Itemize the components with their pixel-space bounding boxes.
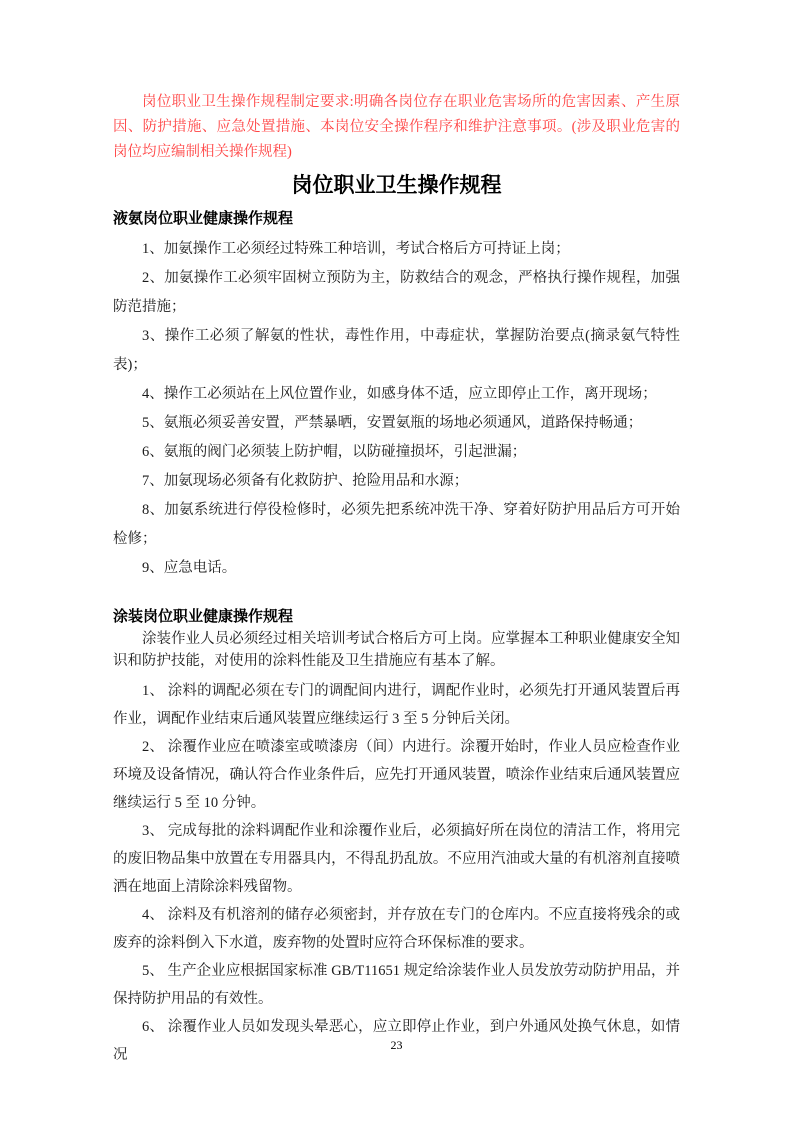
list-item: 9、应急电话。 [113, 554, 680, 583]
list-item: 4、 涂料及有机溶剂的储存必须密封，并存放在专门的仓库内。不应直接将残余的或废弃… [113, 901, 680, 957]
section-intro-paragraph: 涂装作业人员必须经过相关培训考试合格后方可上岗。应掌握本工种职业健康安全知识和防… [113, 628, 680, 672]
list-item: 1、加氨操作工必须经过特殊工种培训，考试合格后方可持证上岗； [113, 235, 680, 264]
list-item: 3、 完成每批的涂料调配作业和涂覆作业后，必须搞好所在岗位的清洁工作，将用完的废… [113, 817, 680, 901]
section-painting: 涂装岗位职业健康操作规程 涂装作业人员必须经过相关培训考试合格后方可上岗。应掌握… [113, 607, 680, 1069]
policy-requirement-note: 岗位职业卫生操作规程制定要求:明确各岗位存在职业危害场所的危害因素、产生原因、防… [113, 90, 680, 165]
page-number: 23 [0, 1038, 793, 1053]
list-item: 2、加氨操作工必须牢固树立预防为主，防救结合的观念，严格执行操作规程，加强防范措… [113, 264, 680, 322]
list-item: 3、操作工必须了解氨的性状，毒性作用，中毒症状，掌握防治要点(摘录氨气特性表)； [113, 322, 680, 380]
section-liquid-ammonia: 液氨岗位职业健康操作规程 1、加氨操作工必须经过特殊工种培训，考试合格后方可持证… [113, 209, 680, 583]
list-item: 5、 生产企业应根据国家标准 GB/T11651 规定给涂装作业人员发放劳动防护… [113, 957, 680, 1013]
document-page: 岗位职业卫生操作规程制定要求:明确各岗位存在职业危害场所的危害因素、产生原因、防… [0, 0, 793, 1122]
section-heading-liquid-ammonia: 液氨岗位职业健康操作规程 [113, 209, 680, 228]
section-heading-painting: 涂装岗位职业健康操作规程 [113, 607, 680, 626]
list-item: 8、加氨系统进行停役检修时，必须先把系统冲洗干净、穿着好防护用品后方可开始检修； [113, 496, 680, 554]
document-title: 岗位职业卫生操作规程 [113, 172, 680, 199]
list-item: 6、氨瓶的阀门必须装上防护帽，以防碰撞损坏，引起泄漏； [113, 438, 680, 467]
list-item: 4、操作工必须站在上风位置作业，如感身体不适，应立即停止工作，离开现场； [113, 380, 680, 409]
list-item: 1、 涂料的调配必须在专门的调配间内进行，调配作业时，必须先打开通风装置后再作业… [113, 677, 680, 733]
list-item: 7、加氨现场必须备有化救防护、抢险用品和水源； [113, 467, 680, 496]
list-item: 2、 涂覆作业应在喷漆室或喷漆房（间）内进行。涂覆开始时，作业人员应检查作业环境… [113, 733, 680, 817]
list-item: 5、氨瓶必须妥善安置，严禁暴晒，安置氨瓶的场地必须通风，道路保持畅通； [113, 409, 680, 438]
